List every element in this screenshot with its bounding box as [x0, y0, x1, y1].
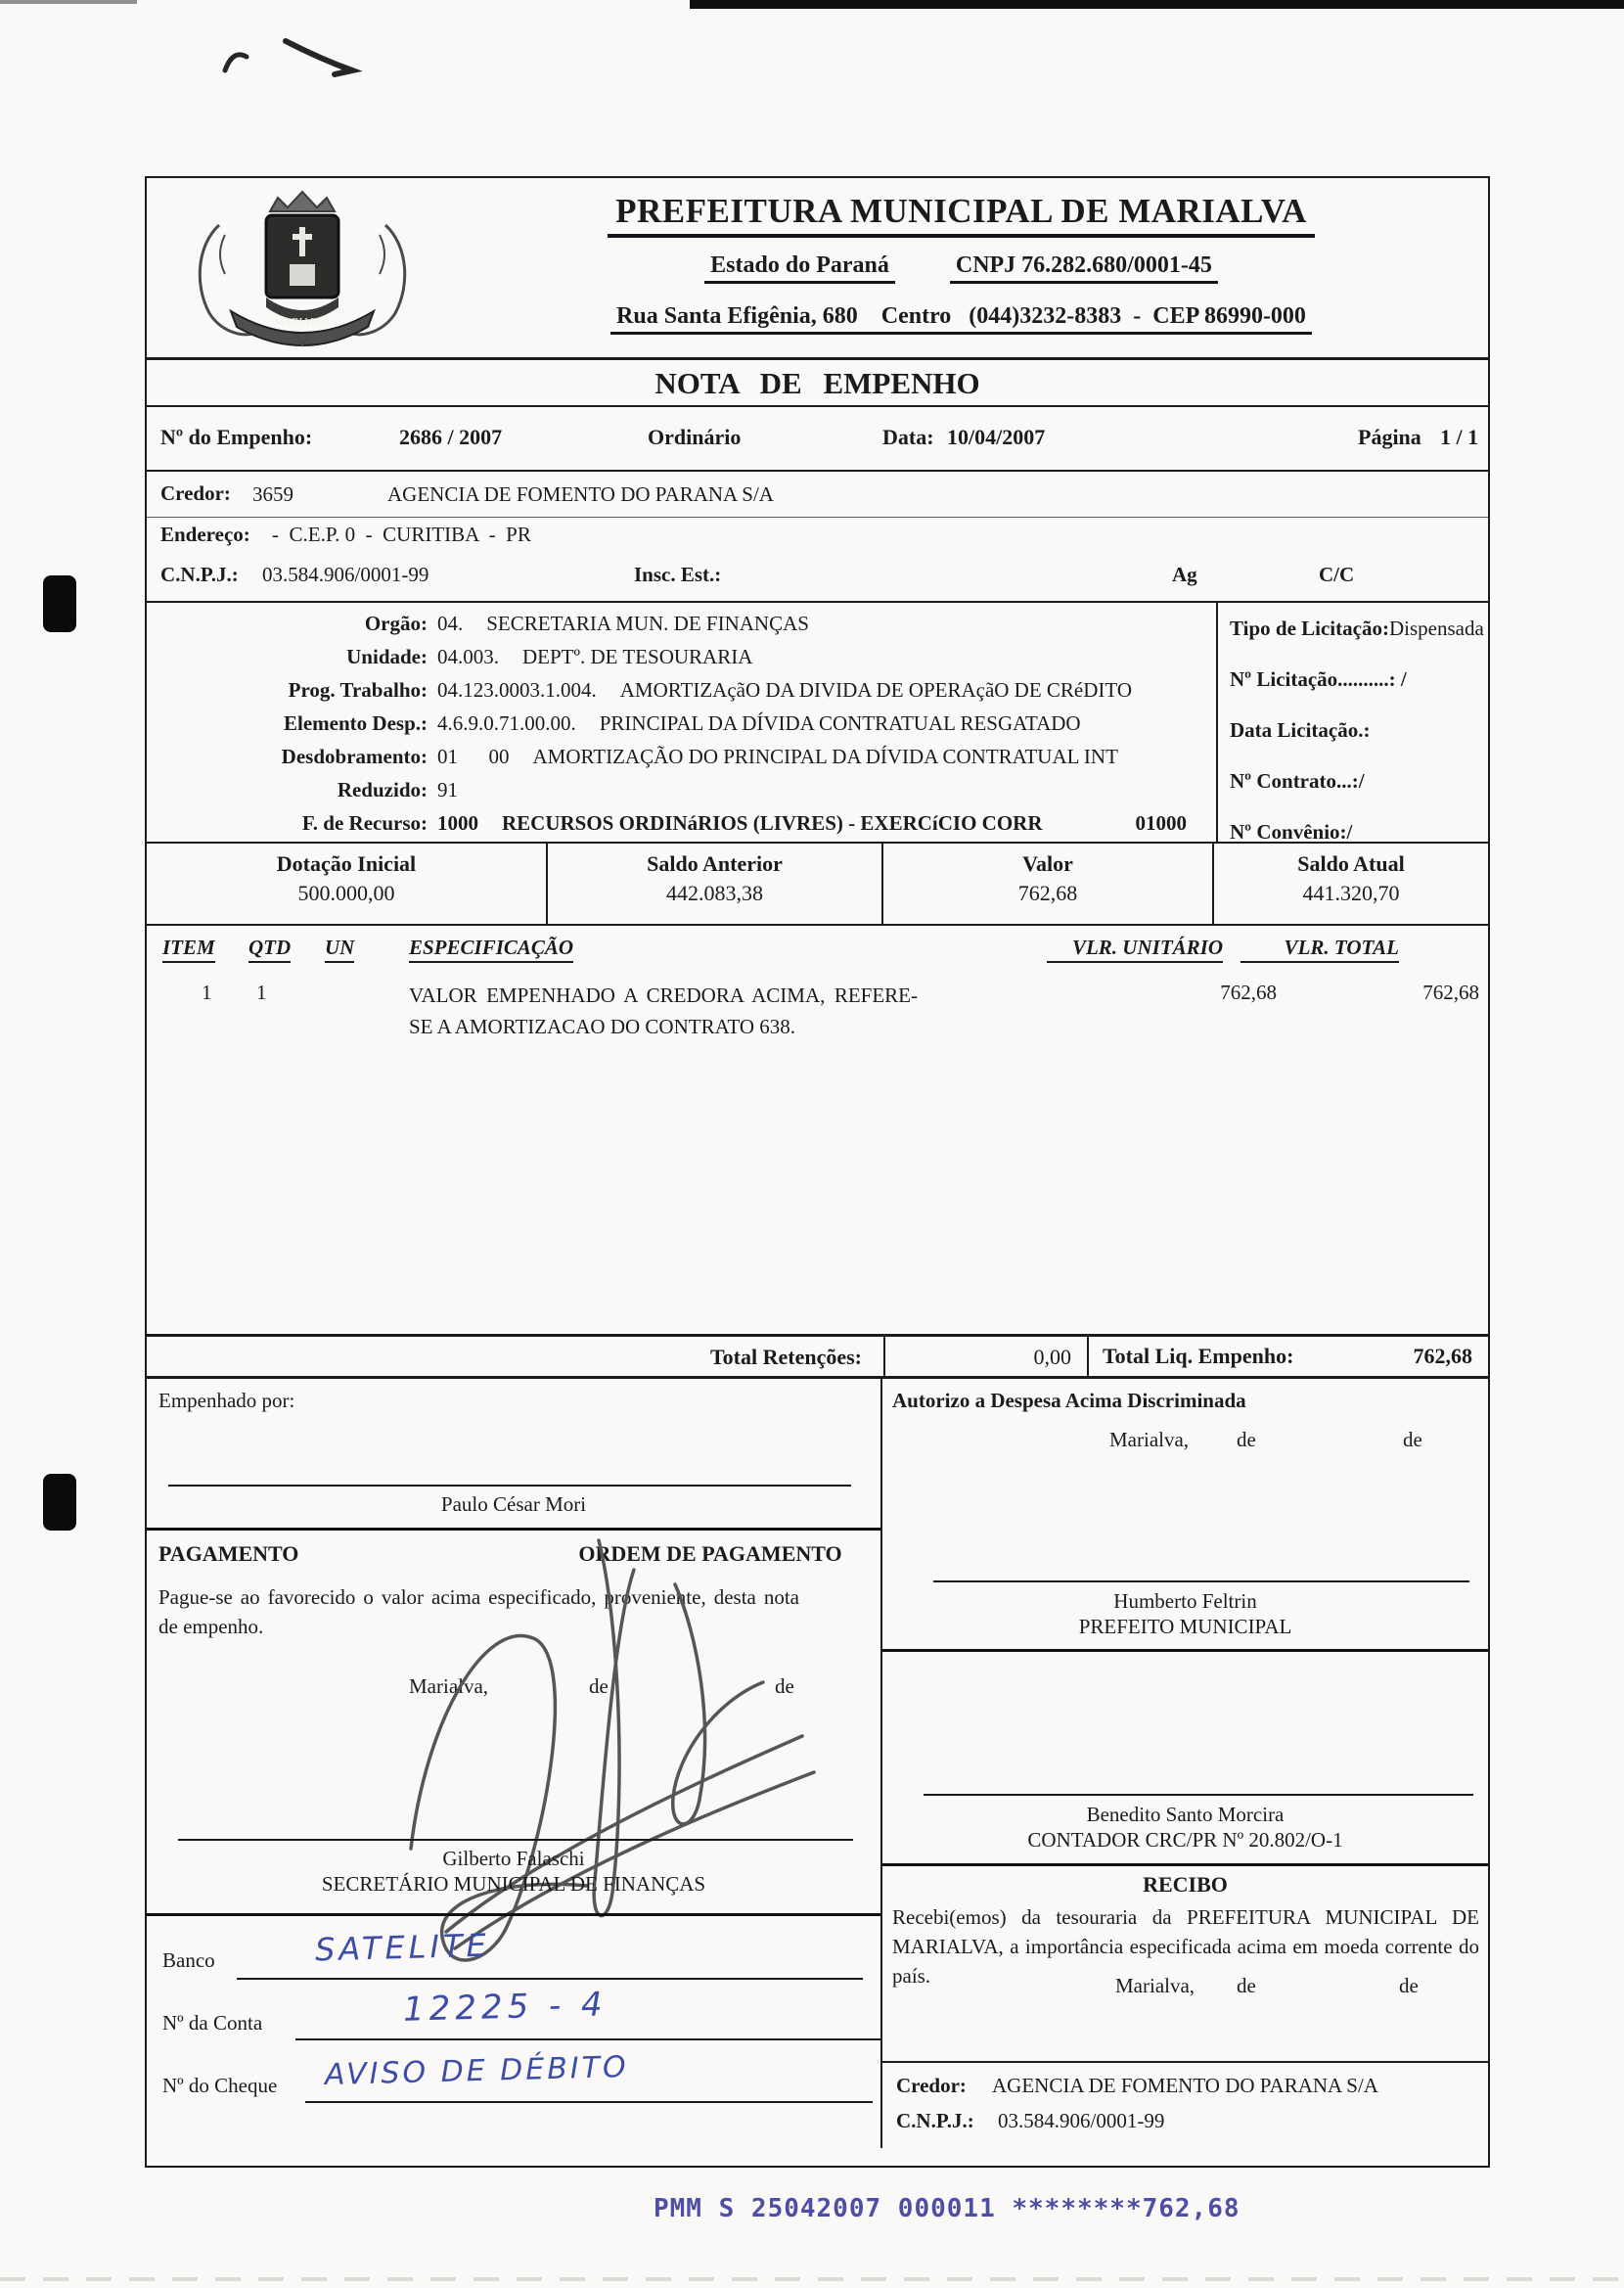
- row-desc: RECURSOS ORDINáRIOS (LIVRES) - EXERCíCIO…: [502, 811, 1043, 836]
- nota-de-empenho-form: MARIALVA PREFEITURA MUNICIPAL DE MARIALV…: [145, 176, 1490, 2168]
- empenho-number-label: Nº do Empenho:: [160, 425, 312, 450]
- payment-de2: de: [775, 1674, 794, 1699]
- col-header-total-value: VLR. TOTAL: [1241, 936, 1399, 963]
- item-unit-value: 762,68: [1105, 981, 1277, 1005]
- cell-label: Saldo Atual: [1214, 851, 1488, 877]
- pen-mark: [217, 31, 364, 90]
- row-code: 04.: [437, 612, 463, 636]
- receipt-city: Marialva,: [1115, 1974, 1195, 1998]
- header-line2: Estado do ParanáCNPJ 76.282.680/0001-45: [440, 252, 1482, 284]
- row-code: 04.003.: [437, 645, 499, 669]
- fill-in-line: [305, 2101, 873, 2103]
- classification-row: Orgão: 04. SECRETARIA MUN. DE FINANÇAS: [147, 612, 1216, 645]
- form-header: MARIALVA PREFEITURA MUNICIPAL DE MARIALV…: [147, 178, 1488, 357]
- value-cell: Valor 762,68: [883, 844, 1214, 924]
- left-signature-column: Empenhado por: Paulo César Mori PAGAMENT…: [147, 1379, 882, 2148]
- net-total-cell: Total Liq. Empenho: 762,68: [1089, 1336, 1488, 1377]
- secretary-name: Gilberto Falaschi: [147, 1847, 880, 1871]
- accountant-role: CONTADOR CRC/PR Nº 20.802/O-1: [882, 1828, 1488, 1853]
- row-resource-code: 01000: [1136, 811, 1188, 836]
- payment-city: Marialva,: [409, 1674, 488, 1699]
- receipt-de2: de: [1399, 1974, 1419, 1998]
- receipt-cnpj-label: C.N.P.J.:: [896, 2109, 974, 2133]
- contract-number: Nº Contrato...:/: [1230, 769, 1365, 794]
- cheque-handwritten-value: AVISO DE DÉBITO: [325, 2050, 629, 2092]
- current-balance-cell: Saldo Atual 441.320,70: [1214, 844, 1488, 924]
- dot-matrix-print-line: PMM S 25042007 000011 ********762,68: [654, 2194, 1241, 2223]
- retentions-label: Total Retenções:: [147, 1337, 885, 1376]
- cheque-number-label: Nº do Cheque: [162, 2074, 277, 2098]
- signature-line: [178, 1839, 853, 1841]
- classification-row: Unidade: 04.003. DEPTº. DE TESOURARIA: [147, 645, 1216, 678]
- state-label: Estado do Paraná: [704, 252, 895, 284]
- creditor-name: AGENCIA DE FOMENTO DO PARANA S/A: [387, 482, 774, 507]
- row-code: 4.6.9.0.71.00.00.: [437, 711, 576, 736]
- net-total-label: Total Liq. Empenho:: [1103, 1336, 1293, 1377]
- items-table: ITEM QTD UN ESPECIFICAÇÃO VLR. UNITÁRIO …: [147, 926, 1488, 1334]
- empenho-number: 2686 / 2007: [399, 425, 502, 450]
- agreement-number: Nº Convênio:/: [1230, 820, 1352, 845]
- bidding-number: Nº Licitação..........: /: [1230, 667, 1407, 692]
- row-code: 91: [437, 778, 458, 802]
- classification-row: Desdobramento: 01 00 AMORTIZAÇÃO DO PRIN…: [147, 745, 1216, 778]
- svg-text:MARIALVA: MARIALVA: [275, 316, 331, 328]
- authorize-city: Marialva,: [1109, 1428, 1189, 1452]
- signature-line: [933, 1580, 1469, 1582]
- authorize-title: Autorizo a Despesa Acima Discriminada: [892, 1389, 1246, 1413]
- signature-line: [168, 1485, 851, 1487]
- col-header-qty: QTD: [248, 936, 291, 963]
- right-signature-column: Autorizo a Despesa Acima Discriminada Ma…: [882, 1379, 1488, 2148]
- cnpj-label: CNPJ 76.282.680/0001-45: [950, 252, 1218, 284]
- col-header-unit: UN: [325, 936, 354, 963]
- net-total-value: 762,68: [1414, 1336, 1473, 1377]
- agency-label: Ag: [1172, 563, 1197, 587]
- section-divider: [147, 1528, 880, 1531]
- row-label: Prog. Trabalho:: [147, 678, 428, 703]
- col-header-unit-value: VLR. UNITÁRIO: [1047, 936, 1223, 963]
- committed-by-name: Paulo César Mori: [147, 1492, 880, 1517]
- row-label: Desdobramento:: [147, 745, 428, 769]
- authorize-de2: de: [1403, 1428, 1422, 1452]
- row-desc: PRINCIPAL DA DÍVIDA CONTRATUAL RESGATADO: [600, 711, 1081, 736]
- fill-in-line: [237, 1978, 863, 1980]
- cell-label: Dotação Inicial: [147, 851, 546, 877]
- state-reg-label: Insc. Est.:: [634, 563, 721, 587]
- bidding-date: Data Licitação.:: [1230, 718, 1370, 743]
- scan-edge-artifact: [0, 0, 137, 4]
- item-number: 1: [202, 981, 212, 1005]
- divider: [147, 517, 1488, 518]
- previous-balance-cell: Saldo Anterior 442.083,38: [548, 844, 883, 924]
- budget-classification: Orgão: 04. SECRETARIA MUN. DE FINANÇAS U…: [147, 603, 1488, 844]
- row-label: Elemento Desp.:: [147, 711, 428, 736]
- account-label: C/C: [1319, 563, 1354, 587]
- empenho-header-row: Nº do Empenho: 2686 / 2007 Ordinário Dat…: [147, 407, 1488, 472]
- receipt-title: RECIBO: [882, 1872, 1488, 1898]
- cell-value: 442.083,38: [548, 881, 881, 906]
- col-header-item: ITEM: [162, 936, 215, 963]
- receipt-creditor-name: AGENCIA DE FOMENTO DO PARANA S/A: [992, 2074, 1378, 2098]
- receipt-de1: de: [1237, 1974, 1256, 1998]
- row-desc: AMORTIZAÇÃO DO PRINCIPAL DA DÍVIDA CONTR…: [533, 745, 1118, 769]
- mayor-name: Humberto Feltrin: [882, 1589, 1488, 1614]
- secretary-role: SECRETÁRIO MUNICIPAL DE FINANÇAS: [147, 1872, 880, 1897]
- item-total-value: 762,68: [1321, 981, 1479, 1005]
- bank-label: Banco: [162, 1948, 215, 1973]
- scan-edge-artifact: [0, 2277, 1624, 2281]
- municipality-title: PREFEITURA MUNICIPAL DE MARIALVA: [440, 192, 1482, 238]
- address-text: Rua Santa Efigênia, 680 Centro (044)3232…: [610, 303, 1312, 335]
- receipt-creditor-label: Credor:: [896, 2074, 967, 2098]
- committed-by-label: Empenhado por:: [158, 1389, 294, 1413]
- mayor-role: PREFEITO MUNICIPAL: [882, 1615, 1488, 1639]
- row-label: F. de Recurso:: [147, 811, 428, 836]
- bidding-type: Tipo de Licitação:Dispensada: [1230, 617, 1484, 641]
- empenho-date: 10/04/2007: [947, 425, 1045, 450]
- classification-row: Elemento Desp.: 4.6.9.0.71.00.00. PRINCI…: [147, 711, 1216, 745]
- classification-rows: Orgão: 04. SECRETARIA MUN. DE FINANÇAS U…: [147, 603, 1218, 842]
- cell-value: 500.000,00: [147, 881, 546, 906]
- header-address: Rua Santa Efigênia, 680 Centro (044)3232…: [440, 303, 1482, 335]
- row-code: 04.123.0003.1.004.: [437, 678, 597, 703]
- creditor-block: Credor: 3659 AGENCIA DE FOMENTO DO PARAN…: [147, 472, 1488, 603]
- section-divider: [882, 1649, 1488, 1652]
- receipt-cnpj-value: 03.584.906/0001-99: [998, 2109, 1164, 2133]
- cnpj-field-label: C.N.P.J.:: [160, 563, 239, 587]
- row-label: Unidade:: [147, 645, 428, 669]
- empenho-type: Ordinário: [648, 425, 741, 450]
- row-label: Reduzido:: [147, 778, 428, 802]
- page-number: 1 / 1: [1440, 425, 1478, 450]
- scanned-document-page: MARIALVA PREFEITURA MUNICIPAL DE MARIALV…: [0, 0, 1624, 2288]
- creditor-address: - C.E.P. 0 - CURITIBA - PR: [272, 523, 531, 547]
- accountant-name: Benedito Santo Morcira: [882, 1803, 1488, 1827]
- bank-handwritten-value: SATELITE: [315, 1927, 491, 1969]
- municipality-title-text: PREFEITURA MUNICIPAL DE MARIALVA: [608, 192, 1315, 238]
- payment-de1: de: [589, 1674, 609, 1699]
- section-divider: [882, 2061, 1488, 2063]
- row-desc: SECRETARIA MUN. DE FINANÇAS: [486, 612, 809, 636]
- fill-in-line: [295, 2038, 882, 2040]
- row-desc: DEPTº. DE TESOURARIA: [522, 645, 752, 669]
- item-qty: 1: [256, 981, 267, 1005]
- item-description: VALOR EMPENHADO A CREDORA ACIMA, REFERE-…: [409, 981, 918, 1042]
- document-title: NOTA DE EMPENHO: [147, 357, 1488, 407]
- empenho-date-label: Data:: [882, 425, 934, 450]
- payment-title: PAGAMENTO: [158, 1541, 298, 1567]
- cell-label: Valor: [883, 851, 1212, 877]
- bidding-type-label: Tipo de Licitação:: [1230, 617, 1389, 640]
- bidding-panel: Tipo de Licitação:Dispensada Nº Licitaçã…: [1218, 603, 1488, 842]
- section-divider: [147, 1913, 880, 1916]
- coat-of-arms-logo: MARIALVA: [180, 186, 425, 350]
- retentions-value: 0,00: [885, 1337, 1089, 1376]
- creditor-code: 3659: [252, 482, 293, 507]
- authorize-de1: de: [1237, 1428, 1256, 1452]
- row-label: Orgão:: [147, 612, 428, 636]
- cell-value: 762,68: [883, 881, 1212, 906]
- payment-text: Pague-se ao favorecido o valor acima esp…: [158, 1582, 799, 1642]
- bidding-type-value: Dispensada: [1389, 617, 1484, 640]
- account-handwritten-value: 12225 - 4: [403, 1985, 609, 2029]
- scan-edge-artifact: [690, 0, 1624, 9]
- creditor-label: Credor:: [160, 481, 231, 506]
- col-header-description: ESPECIFICAÇÃO: [409, 936, 573, 963]
- account-number-label: Nº da Conta: [162, 2011, 262, 2036]
- signature-line: [924, 1794, 1473, 1796]
- signatures-area: Empenhado por: Paulo César Mori PAGAMENT…: [147, 1379, 1488, 2148]
- scan-hole-artifact: [43, 1474, 76, 1531]
- crown: [270, 192, 335, 211]
- initial-allocation-cell: Dotação Inicial 500.000,00: [147, 844, 548, 924]
- cell-label: Saldo Anterior: [548, 851, 881, 877]
- classification-row: Prog. Trabalho: 04.123.0003.1.004. AMORT…: [147, 678, 1216, 711]
- creditor-cnpj: 03.584.906/0001-99: [262, 563, 429, 587]
- classification-row: F. de Recurso: 1000 RECURSOS ORDINáRIOS …: [147, 811, 1216, 845]
- row-code: 1000: [437, 811, 478, 836]
- row-desc: AMORTIZAçãO DA DIVIDA DE OPERAçãO DE CRé…: [620, 678, 1132, 703]
- scan-hole-artifact: [43, 575, 76, 632]
- payment-order-title: ORDEM DE PAGAMENTO: [546, 1541, 875, 1567]
- classification-row: Reduzido: 91: [147, 778, 1216, 811]
- row-code: 01 00: [437, 745, 510, 769]
- cell-value: 441.320,70: [1214, 881, 1488, 906]
- budget-balance-row: Dotação Inicial 500.000,00 Saldo Anterio…: [147, 844, 1488, 926]
- totals-row: Total Retenções: 0,00 Total Liq. Empenho…: [147, 1334, 1488, 1379]
- address-label: Endereço:: [160, 523, 250, 547]
- page-label: Página: [1358, 425, 1421, 450]
- section-divider: [882, 1863, 1488, 1866]
